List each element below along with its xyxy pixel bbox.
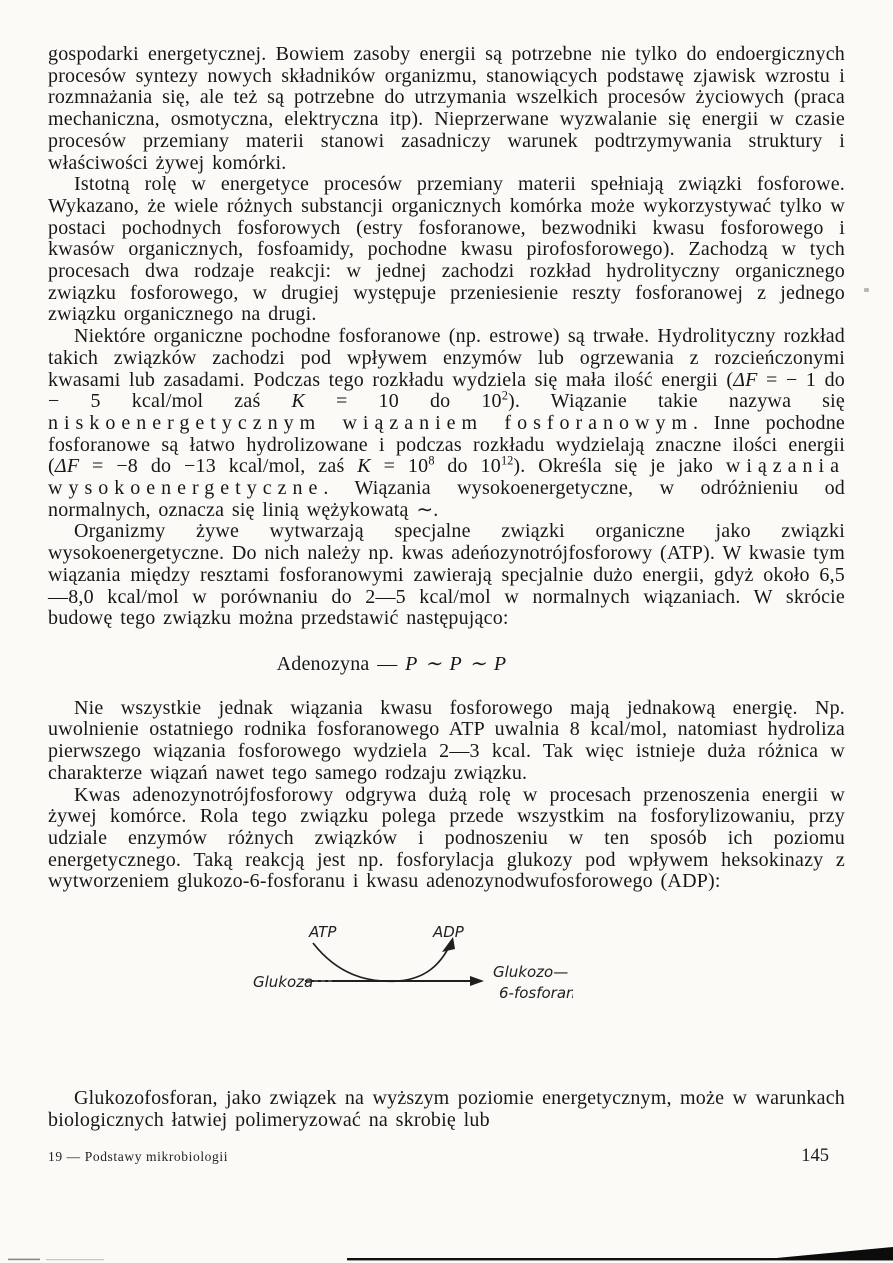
product-label-line1: Glukozo— [493,963,568,981]
text-segment: ). Określa się je jako [513,455,726,477]
text-segment: = 10 do 10 [305,390,502,412]
page-number: 145 [801,1146,829,1167]
reaction-curve-arrow [313,937,455,981]
product-label-line2: 6-fosforan [499,984,573,1002]
text-segment: Glukozofosforan, jako związek na wyższym… [48,1087,845,1131]
text-segment: ΔF [55,455,79,477]
atp-structure-formula: Adenozyna — P ∼ P ∼ P [0,654,790,676]
text-column-bottom: Glukozofosforan, jako związek na wyższym… [48,1088,845,1131]
text-segment: = −8 do −13 kcal/mol, zaś [79,455,357,477]
signature-mark: 19 — Podstawy mikrobiologii [48,1149,228,1165]
text-segment: ). Wiązanie takie nazywa się [508,390,845,412]
text-segment: Nie wszystkie jednak wiązania kwasu fosf… [48,697,845,784]
text-segment: ΔF [733,369,757,391]
text-segment: P ∼ P ∼ P [405,653,506,675]
text-segment: Adenozyna — [277,653,405,675]
body-paragraph: gospodarki energetycznej. Bowiem zasoby … [48,44,845,174]
body-paragraph: Nie wszystkie jednak wiązania kwasu fosf… [48,698,845,785]
reaction-horizontal-arrow [305,976,484,986]
body-paragraph: Kwas adenozynotrójfosforowy odgrywa dużą… [48,785,845,894]
text-segment: K [357,455,371,477]
text-segment: 12 [501,454,513,468]
text-segment: Kwas adenozynotrójfosforowy odgrywa dużą… [48,784,845,893]
body-paragraph: Glukozofosforan, jako związek na wyższym… [48,1088,845,1131]
body-paragraph: Istotną rolę w energetyce procesów przem… [48,174,845,326]
text-segment: do 10 [435,455,501,477]
book-page-scan: gospodarki energetycznej. Bowiem zasoby … [0,0,893,1263]
text-segment: Organizmy żywe wytwarzają specjalne zwią… [48,520,845,629]
body-paragraph: Organizmy żywe wytwarzają specjalne zwią… [48,521,845,630]
text-segment: Niektóre organiczne pochodne fosforanowe… [48,325,845,390]
text-segment: = 10 [371,455,429,477]
atp-label: ATP [308,923,337,941]
scan-edge-artifact [0,1243,893,1263]
text-segment: gospodarki energetycznej. Bowiem zasoby … [48,43,845,174]
text-column-top: gospodarki energetycznej. Bowiem zasoby … [48,44,845,1009]
text-segment: K [291,390,305,412]
text-segment: niskoenergetycznym wiązaniem fosforanowy… [48,412,693,434]
substrate-label: Glukoza [253,973,313,991]
scan-speck [864,288,869,292]
text-segment: Istotną rolę w energetyce procesów przem… [48,173,845,325]
page-footer: 19 — Podstawy mikrobiologii 145 [48,1146,845,1167]
reaction-diagram-svg: ATP ADP Glukoza Glukozo— 6-fosforan [253,923,573,1009]
adp-label: ADP [432,923,465,941]
reaction-diagram: ATP ADP Glukoza Glukozo— 6-fosforan [253,923,573,1009]
body-paragraph: Niektóre organiczne pochodne fosforanowe… [48,326,845,521]
